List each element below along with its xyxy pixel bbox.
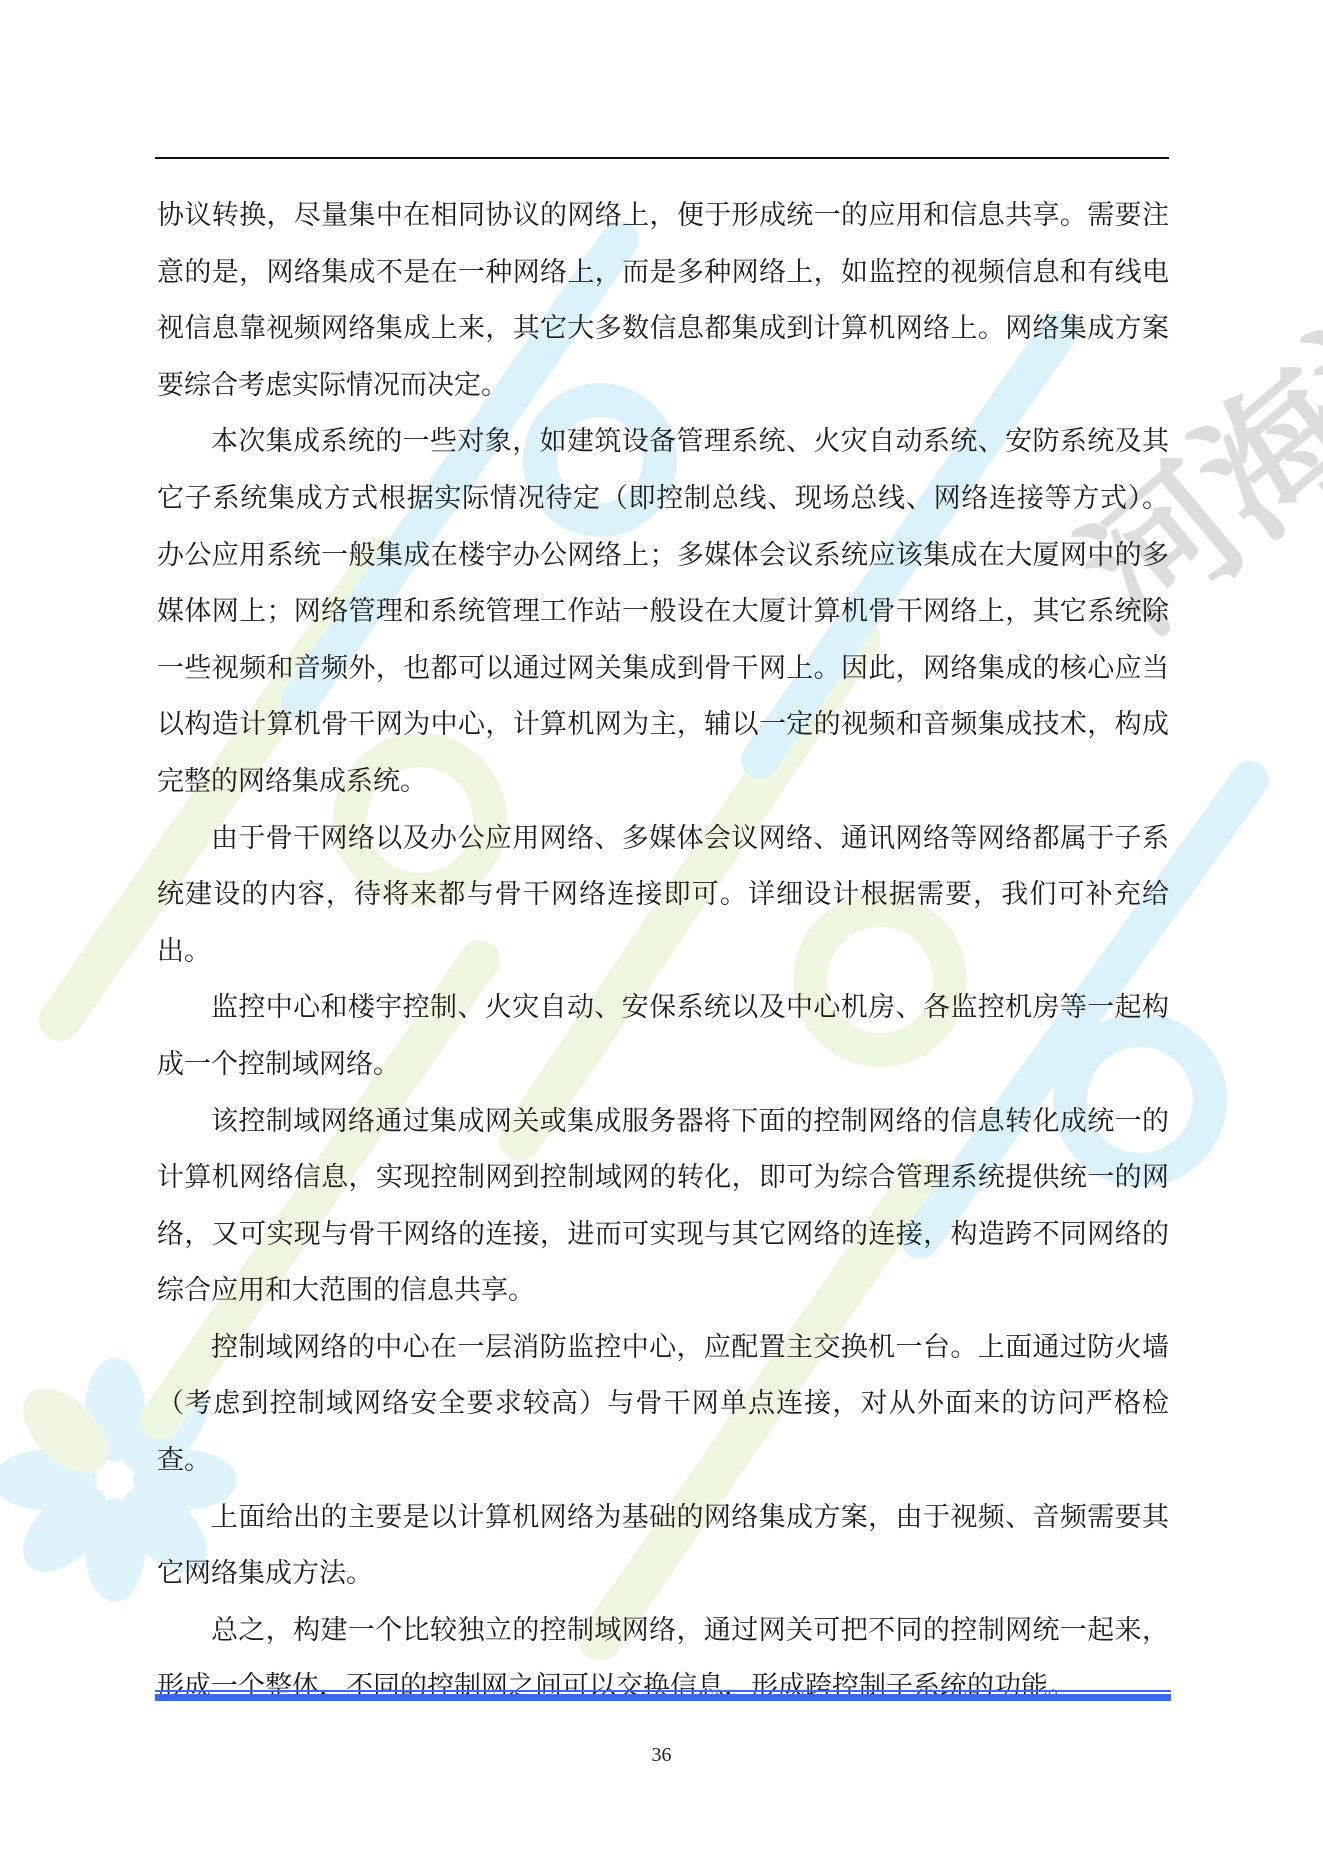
paragraph: 上面给出的主要是以计算机网络为基础的网络集成方案，由于视频、音频需要其它网络集成… — [157, 1490, 1169, 1603]
document-body: 协议转换，尽量集中在相同协议的网络上，便于形成统一的应用和信息共享。需要注意的是… — [157, 188, 1169, 1716]
footer-rule-thin — [155, 1690, 1171, 1692]
paragraph: 由于骨干网络以及办公应用网络、多媒体会议网络、通讯网络等网络都属于子系统建设的内… — [157, 811, 1169, 981]
footer-rule-thick — [155, 1694, 1171, 1701]
paragraph: 控制域网络的中心在一层消防监控中心，应配置主交换机一台。上面通过防火墙（考虑到控… — [157, 1320, 1169, 1490]
paragraph: 协议转换，尽量集中在相同协议的网络上，便于形成统一的应用和信息共享。需要注意的是… — [157, 188, 1169, 414]
paragraph: 该控制域网络通过集成网关或集成服务器将下面的控制网络的信息转化成统一的计算机网络… — [157, 1094, 1169, 1320]
paragraph: 监控中心和楼宇控制、火灾自动、安保系统以及中心机房、各监控机房等一起构成一个控制… — [157, 980, 1169, 1093]
page-number: 36 — [0, 1744, 1323, 1767]
paragraph: 本次集成系统的一些对象，如建筑设备管理系统、火灾自动系统、安防系统及其它子系统集… — [157, 414, 1169, 810]
header-rule — [155, 157, 1169, 159]
